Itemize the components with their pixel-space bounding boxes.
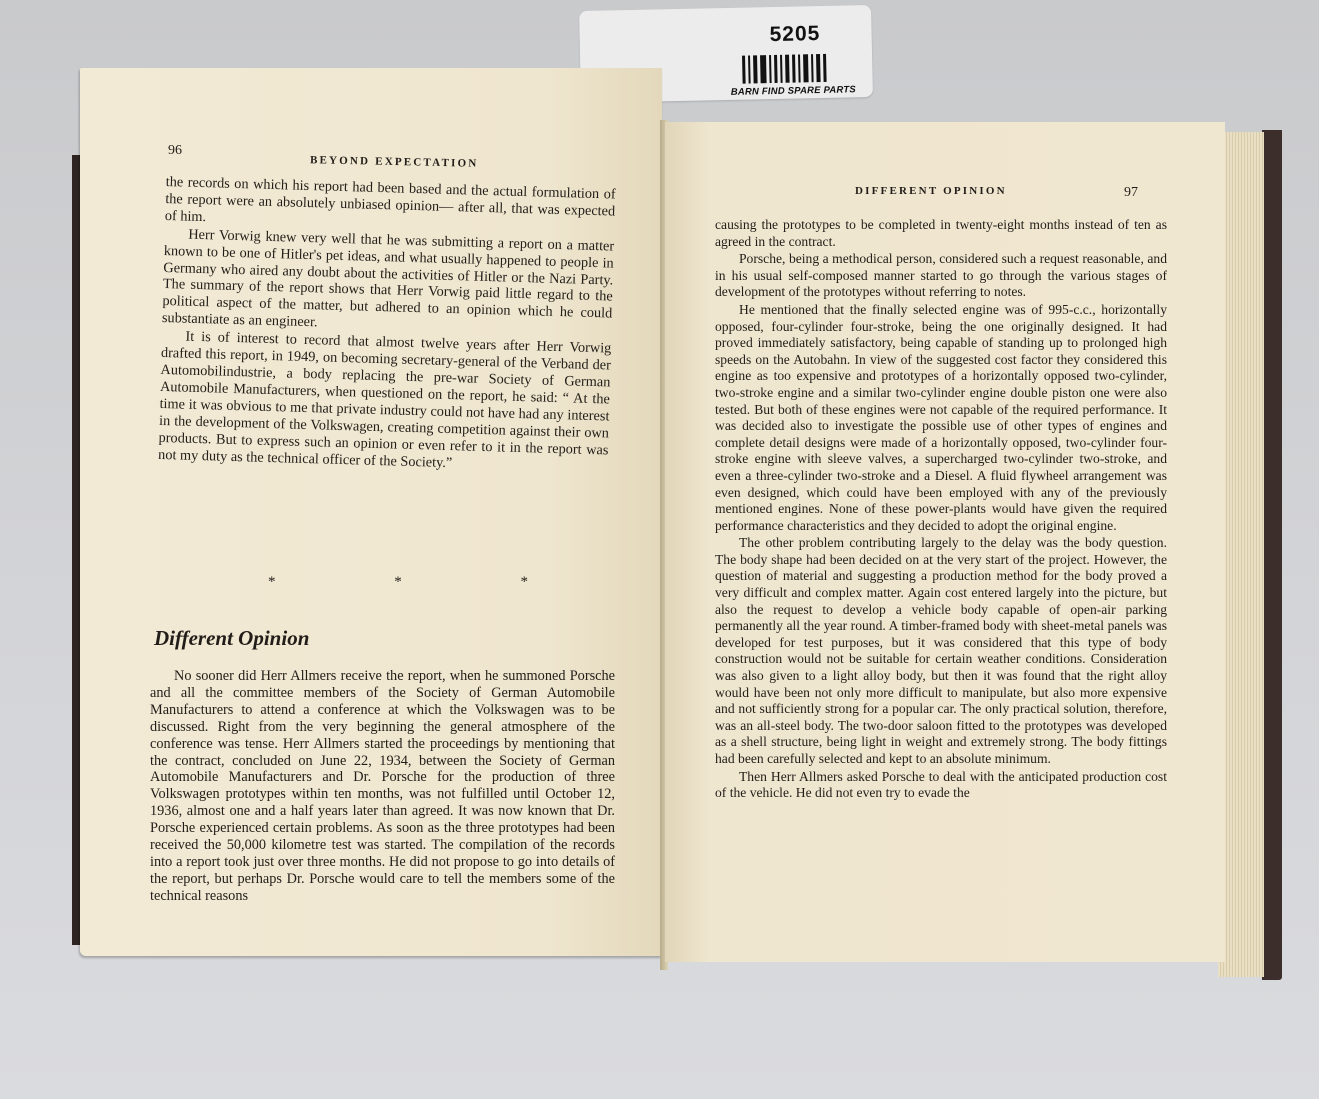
book-cover-right-edge [1262,130,1282,980]
barcode-bar [785,55,790,83]
left-page-body-top: the records on which his report had been… [158,174,616,476]
separator-star-icon: * [521,574,529,591]
separator-star-icon: * [268,574,276,591]
paragraph: No sooner did Herr Allmers receive the r… [150,668,615,905]
barcode-bar [811,54,814,82]
barcode-bar [803,54,809,82]
barcode-bar [798,54,801,82]
section-separator: * * * [268,574,528,591]
barcode-icon [742,53,861,83]
left-page-body-bottom: No sooner did Herr Allmers receive the r… [150,668,615,905]
right-page: DIFFERENT OPINION 97 causing the prototy… [665,122,1225,962]
barcode-bar [780,55,783,83]
paragraph: causing the prototypes to be completed i… [715,217,1167,250]
barcode-bar [742,56,746,84]
paragraph: Porsche, being a methodical person, cons… [715,251,1167,301]
barcode-bar [816,54,821,82]
sticker-store-name: BARN FIND SPARE PARTS [731,84,856,98]
paragraph: Herr Vorwig knew very well that he was s… [162,226,615,340]
barcode-bar [753,55,758,83]
section-heading: Different Opinion [154,626,309,651]
barcode-bar [748,55,751,83]
barcode-bar [774,55,778,83]
paragraph: It is of interest to record that almost … [158,328,612,476]
barcode-bar [823,54,827,82]
barcode-bar [760,55,767,83]
left-page: 96 BEYOND EXPECTATION the records on whi… [80,68,662,956]
paragraph: The other problem contributing largely t… [715,535,1167,767]
right-page-body: causing the prototypes to be completed i… [715,217,1167,802]
barcode-bar [792,55,796,83]
separator-star-icon: * [394,574,402,591]
book-cover-left-edge [72,155,80,945]
barcode-bar [769,55,772,83]
paragraph: He mentioned that the finally selected e… [715,302,1167,534]
running-head-right: DIFFERENT OPINION [855,185,1007,197]
paragraph: Then Herr Allmers asked Porsche to deal … [715,769,1167,802]
page-number-left: 96 [168,143,182,159]
running-head-left: BEYOND EXPECTATION [310,154,479,170]
sticker-number: 5205 [769,22,820,47]
page-number-right: 97 [1124,185,1138,201]
